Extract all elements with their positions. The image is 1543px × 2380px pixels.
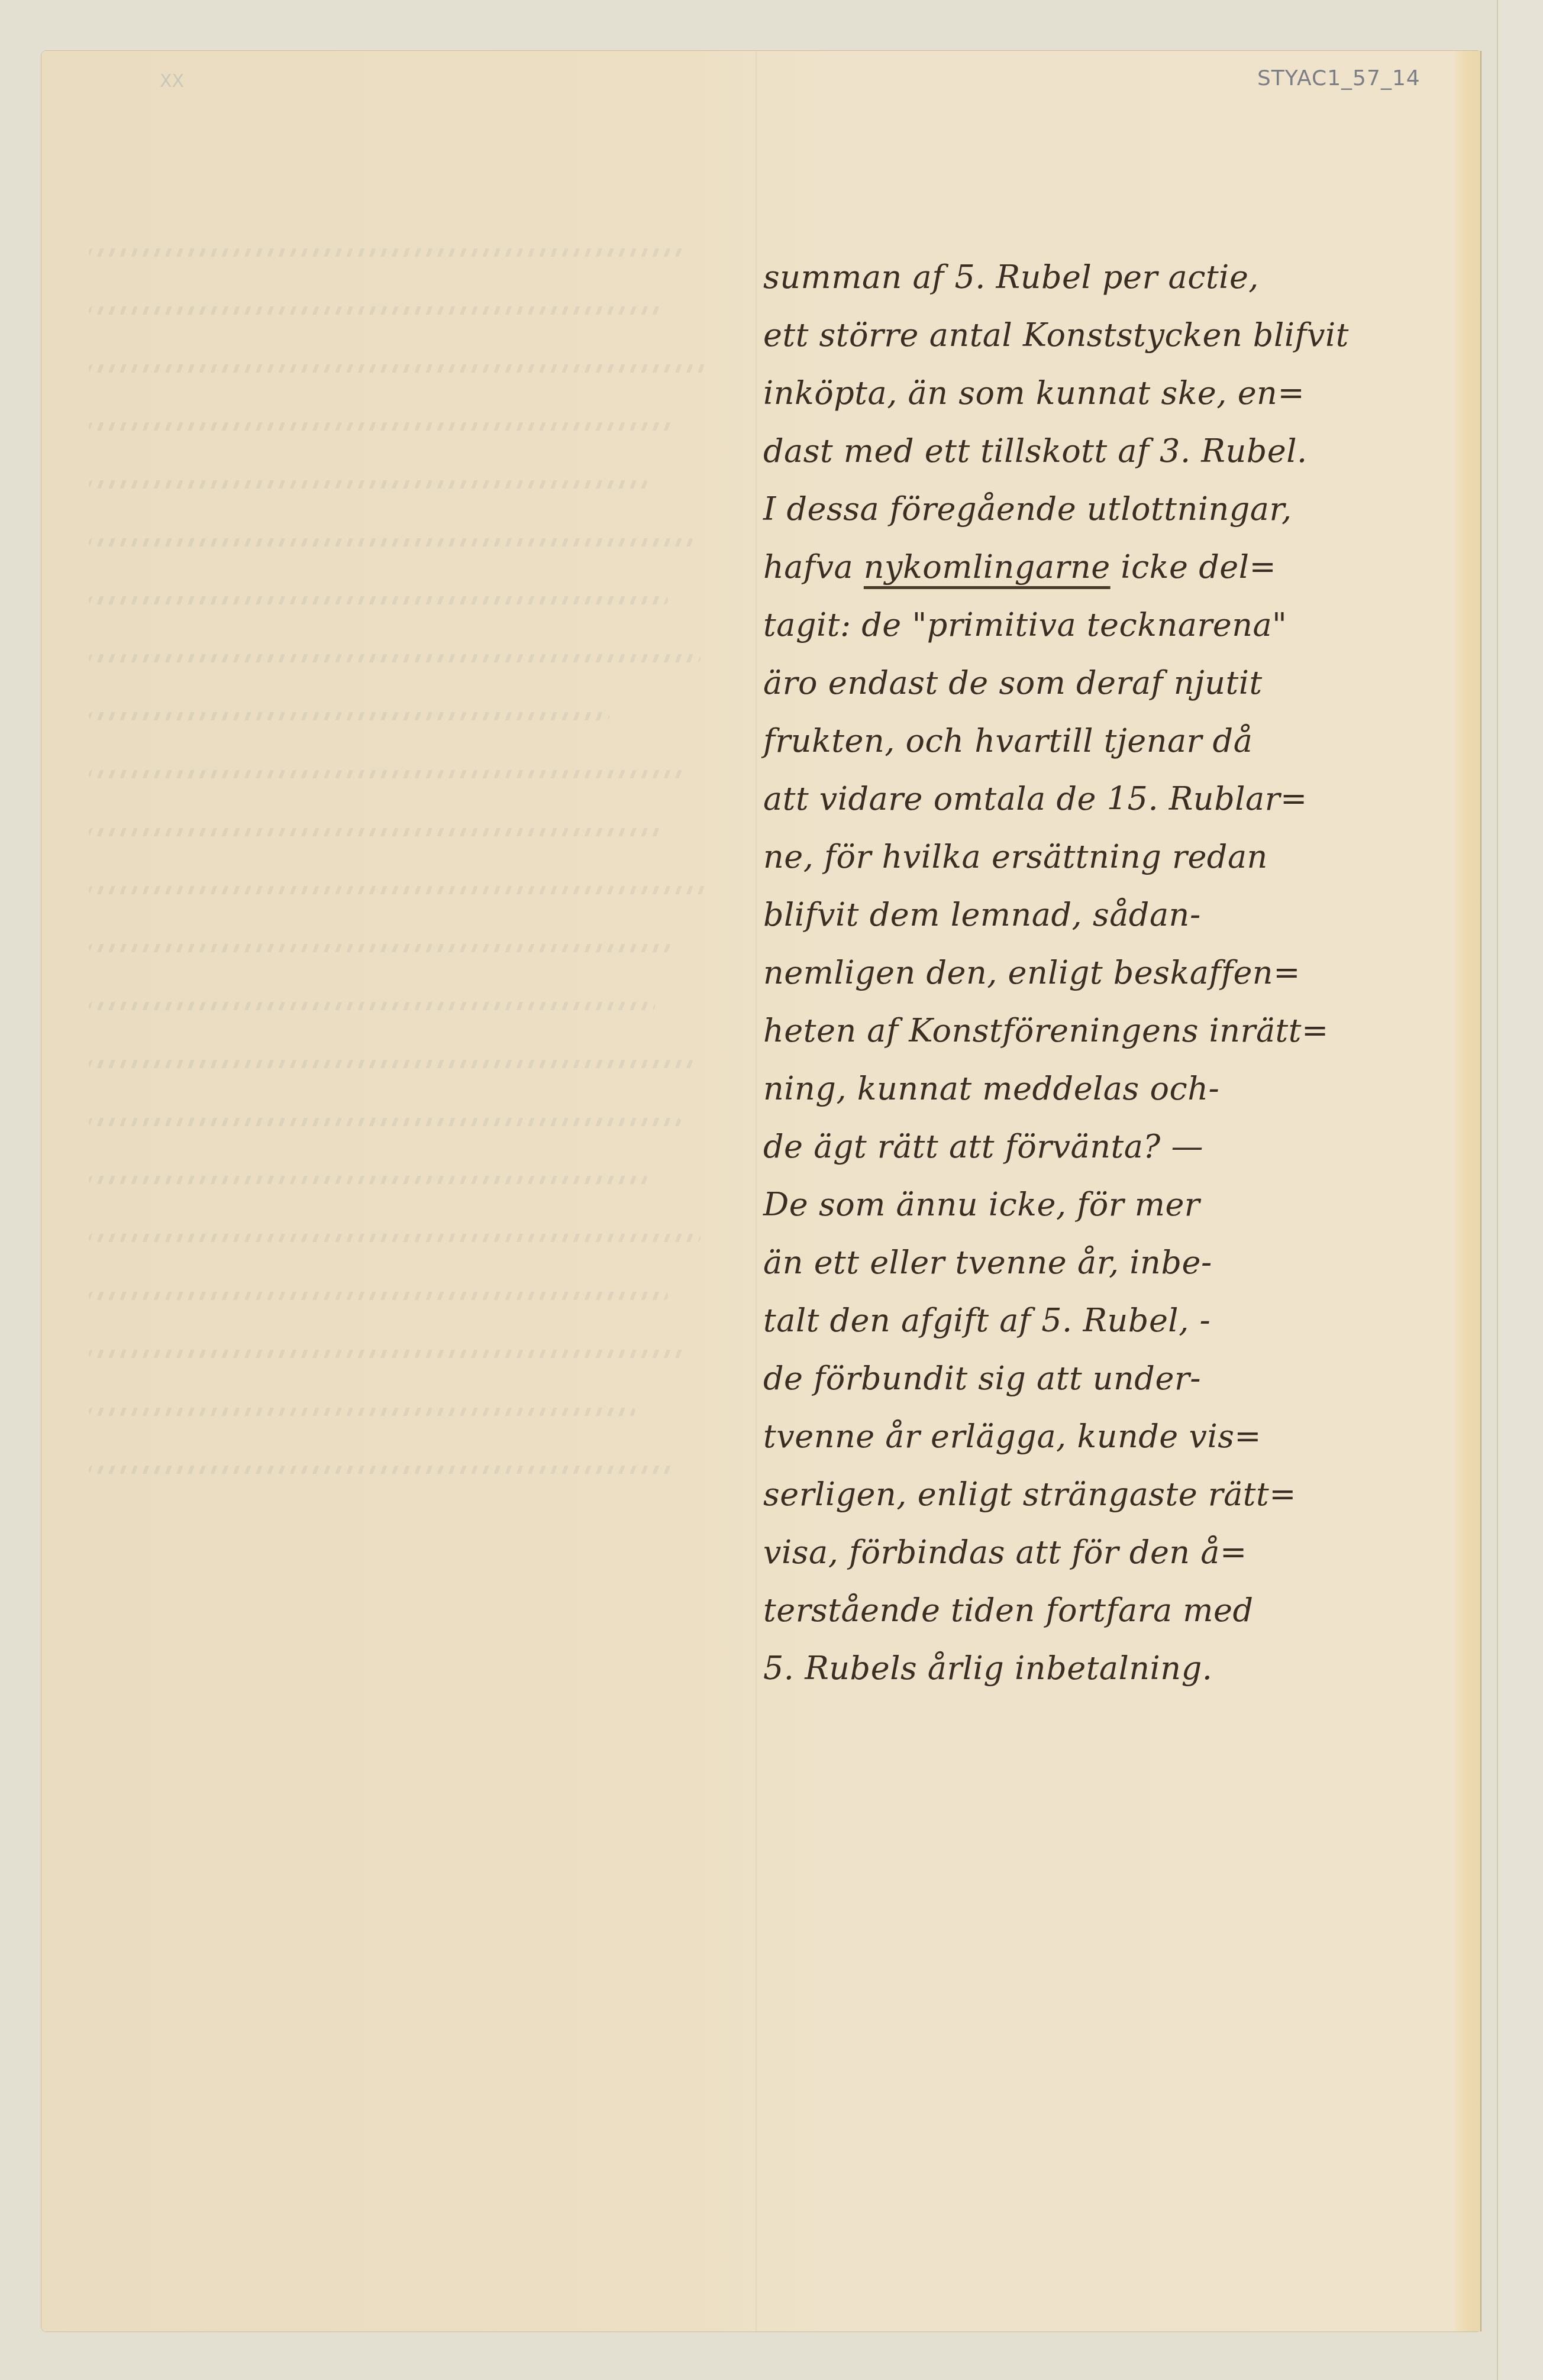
text-line: talt den afgift af 5. Rubel, -	[763, 1292, 1473, 1350]
text-line: dast med ett tillskott af 3. Rubel.	[763, 422, 1473, 480]
text-line: att vidare omtala de 15. Rublar=	[763, 770, 1473, 828]
text-line: de ägt rätt att förvänta? —	[763, 1118, 1473, 1176]
text-line: visa, förbindas att för den å=	[763, 1524, 1473, 1582]
text-line: tagit: de "primitiva tecknarena"	[763, 596, 1473, 654]
text-line: heten af Konstföreningens inrätt=	[763, 1002, 1473, 1060]
text-line: nemligen den, enligt beskaffen=	[763, 944, 1473, 1002]
text-line: ett större antal Konststycken blifvit	[763, 306, 1473, 364]
text-line: blifvit dem lemnad, sådan-	[763, 886, 1473, 944]
text-line: summan af 5. Rubel per actie,	[763, 248, 1473, 306]
text-line: tvenne år erlägga, kunde vis=	[763, 1408, 1473, 1466]
text-line: De som ännu icke, för mer	[763, 1176, 1473, 1234]
text-line: inköpta, än som kunnat ske, en=	[763, 364, 1473, 422]
text-line: I dessa föregående utlottningar,	[763, 480, 1473, 538]
center-fold	[755, 51, 757, 2332]
text-line: hafva nykomlingarne icke del=	[763, 538, 1473, 596]
text-line: terstående tiden fortfara med	[763, 1582, 1473, 1640]
text-line: ne, för hvilka ersättning redan	[763, 828, 1473, 886]
text-segment: hafva	[763, 548, 864, 586]
text-line: serligen, enligt strängaste rätt=	[763, 1466, 1473, 1524]
underlined-word: nykomlingarne	[864, 548, 1111, 586]
archive-id-label: STYAC1_57_14	[1257, 66, 1421, 90]
handwritten-text-body: summan af 5. Rubel per actie, ett större…	[763, 248, 1473, 1697]
text-line: 5. Rubels årlig inbetalning.	[763, 1640, 1473, 1697]
bleed-through-text	[89, 248, 740, 2082]
text-line: äro endast de som deraf njutit	[763, 654, 1473, 712]
mount-backing	[1497, 0, 1543, 2380]
text-line: frukten, och hvartill tjenar då	[763, 712, 1473, 770]
text-line: än ett eller tvenne år, inbe-	[763, 1234, 1473, 1292]
text-line: ning, kunnat meddelas och-	[763, 1060, 1473, 1118]
text-line: de förbundit sig att under-	[763, 1350, 1473, 1408]
faint-pencil-mark: XX	[160, 71, 184, 92]
text-segment: icke del=	[1111, 548, 1277, 586]
